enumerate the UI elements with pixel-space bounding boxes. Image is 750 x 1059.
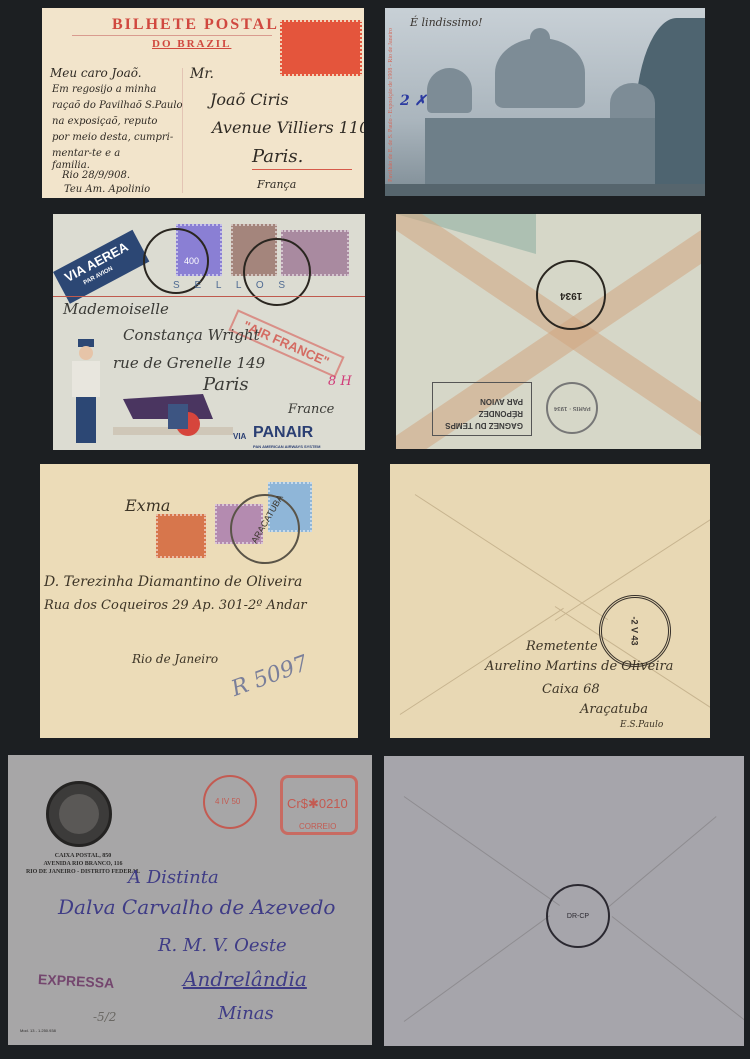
meter-date: 4 IV 50: [215, 797, 240, 806]
blue-mark: 2 ✗: [400, 93, 426, 109]
sender-line: Caixa 68: [542, 682, 600, 697]
airmail-label: VIA AEREA PAR AVION: [53, 230, 149, 304]
message-signature: Teu Am. Apolinio: [64, 184, 150, 195]
postcard-view: É lindissimo! Pavilhão de E. de S. Paulo…: [385, 8, 705, 196]
slogan-line: GAGNEZ DU TEMPS: [441, 419, 523, 431]
slogan-line: RÉPONDEZ: [441, 407, 523, 419]
address-line: Minas: [218, 1003, 274, 1024]
araçatuba-cover-back: -2 V 43 Remetente Aurelino Martins de Ol…: [390, 464, 710, 738]
sellos-text: S E L L O S: [173, 280, 291, 291]
postcard-subtitle: DO BRAZIL: [152, 38, 231, 50]
postmark-text: DR-CP: [567, 913, 589, 920]
address-line: Rua dos Coqueiros 29 Ap. 301-2º Andar: [44, 598, 307, 613]
fold-line: [609, 816, 717, 907]
via-label: VIA: [233, 432, 246, 441]
postmark-date: -2 V 43: [630, 616, 640, 645]
address-line: A Distinta: [128, 867, 219, 888]
left-dome: [427, 68, 472, 113]
underline: [252, 169, 352, 170]
message-date: Rio 28/9/908.: [62, 170, 130, 181]
pavilion: [425, 118, 655, 188]
lantern: [530, 28, 550, 48]
slogan-cancel: GAGNEZ DU TEMPS RÉPONDEZ PAR AVION: [432, 382, 532, 436]
airmail-cover-front: VIA AEREA PAR AVION 400 S E L L O S "AIR…: [53, 214, 365, 450]
panair-logo: PANAIR: [253, 424, 313, 442]
fold-line: [404, 915, 550, 1022]
sender-line: Remetente: [526, 639, 598, 654]
meter-value: Cr$✱0210: [287, 796, 348, 812]
slogan-line: PAR AVION: [441, 395, 523, 407]
fold-line: [612, 916, 744, 1021]
fold-line: [415, 494, 608, 620]
message-line: na exposiçaõ, reputo: [52, 116, 157, 127]
meter-stamp: Cr$✱0210 CORREIO: [280, 775, 358, 835]
sender-line: E.S.Paulo: [620, 720, 663, 730]
message-line: Em regosijo a minha: [52, 84, 156, 95]
airmail-cover-back: 1934 GAGNEZ DU TEMPS RÉPONDEZ PAR AVION …: [396, 214, 701, 449]
main-dome: [495, 38, 585, 108]
message-line: por meio desta, cumpri-: [52, 132, 173, 143]
postmark: -2 V 43: [599, 595, 671, 667]
divider: [182, 68, 183, 193]
fold-line: [404, 796, 560, 906]
message-line: Meu caro Joaõ.: [50, 66, 142, 80]
sender-line: Araçatuba: [580, 702, 648, 717]
salutation: Mr.: [190, 66, 214, 82]
right-dome: [610, 83, 655, 123]
stamp: [156, 514, 206, 558]
grey-cover-front: CAIXA POSTAL, 850 AVENIDA RIO BRANCO, 11…: [8, 755, 372, 1045]
postmark: DR-CP: [546, 884, 610, 948]
address-line: Joaõ Ciris: [210, 90, 289, 109]
bank-seal-icon: [46, 781, 112, 847]
address-line: Mademoiselle: [63, 300, 169, 318]
pilot-illustration: [68, 339, 104, 444]
ornament-rule: [72, 35, 272, 36]
express-mark: EXPRESSA: [38, 971, 115, 991]
message-line: raçaõ do Pavilhaõ S.Paulo: [52, 100, 183, 111]
address-line: rue de Grenelle 149: [113, 354, 265, 372]
address-line: Rio de Janeiro: [132, 652, 218, 666]
address-line: Constança Wright: [123, 326, 260, 344]
postcard-title: BILHETE POSTAL: [112, 16, 279, 34]
red-line: [53, 296, 365, 297]
address-line: Avenue Villiers 110.: [212, 118, 364, 137]
registration-number: R 5097: [228, 651, 311, 702]
address-line: D. Terezinha Diamantino de Oliveira: [44, 574, 302, 590]
sender-line: Aurelino Martins de Oliveira: [485, 659, 673, 674]
address-line: Dalva Carvalho de Azevedo: [58, 895, 335, 919]
caption: É lindissimo!: [410, 16, 483, 29]
araçatuba-cover-front: Exma ARACATUBA D. Terezinha Diamantino d…: [40, 464, 358, 738]
address-line: R. M. V. Oeste: [158, 935, 287, 956]
address-line: França: [257, 178, 296, 191]
letterhead-line: CAIXA POSTAL, 850: [18, 852, 148, 860]
meter-label: CORREIO: [299, 822, 336, 831]
meter-postmark: 4 IV 50: [203, 775, 257, 829]
postcard-front: BILHETE POSTAL DO BRAZIL Meu caro Joaõ. …: [42, 8, 364, 198]
side-mark: 8 H: [328, 374, 352, 389]
postmark-date: 1934: [560, 290, 582, 301]
panair-subtitle: PAN AMERICAN AIRWAYS SYSTEM: [253, 444, 320, 449]
salutation: Exma: [125, 496, 170, 515]
stamp: [280, 20, 362, 76]
form-number: Mod. 13 - 1.250.938: [20, 1028, 56, 1033]
pencil-note: -5/2: [93, 1010, 116, 1024]
ground: [385, 184, 705, 196]
address-line: France: [288, 402, 334, 417]
address-line: Paris.: [252, 146, 303, 167]
message-line: mentar-te e a: [52, 148, 120, 159]
arrival-postmark: PARIS · 1934: [546, 382, 598, 434]
arrival-postmark-text: PARIS · 1934: [554, 405, 591, 411]
grey-cover-back: DR-CP: [384, 756, 744, 1046]
air-france-postmark: 1934: [536, 260, 606, 330]
airplane-illustration: [113, 389, 233, 444]
address-line: Andrelândia: [183, 967, 307, 991]
side-text: Pavilhão de E. de S. Paulo - Exposição d…: [388, 28, 394, 182]
